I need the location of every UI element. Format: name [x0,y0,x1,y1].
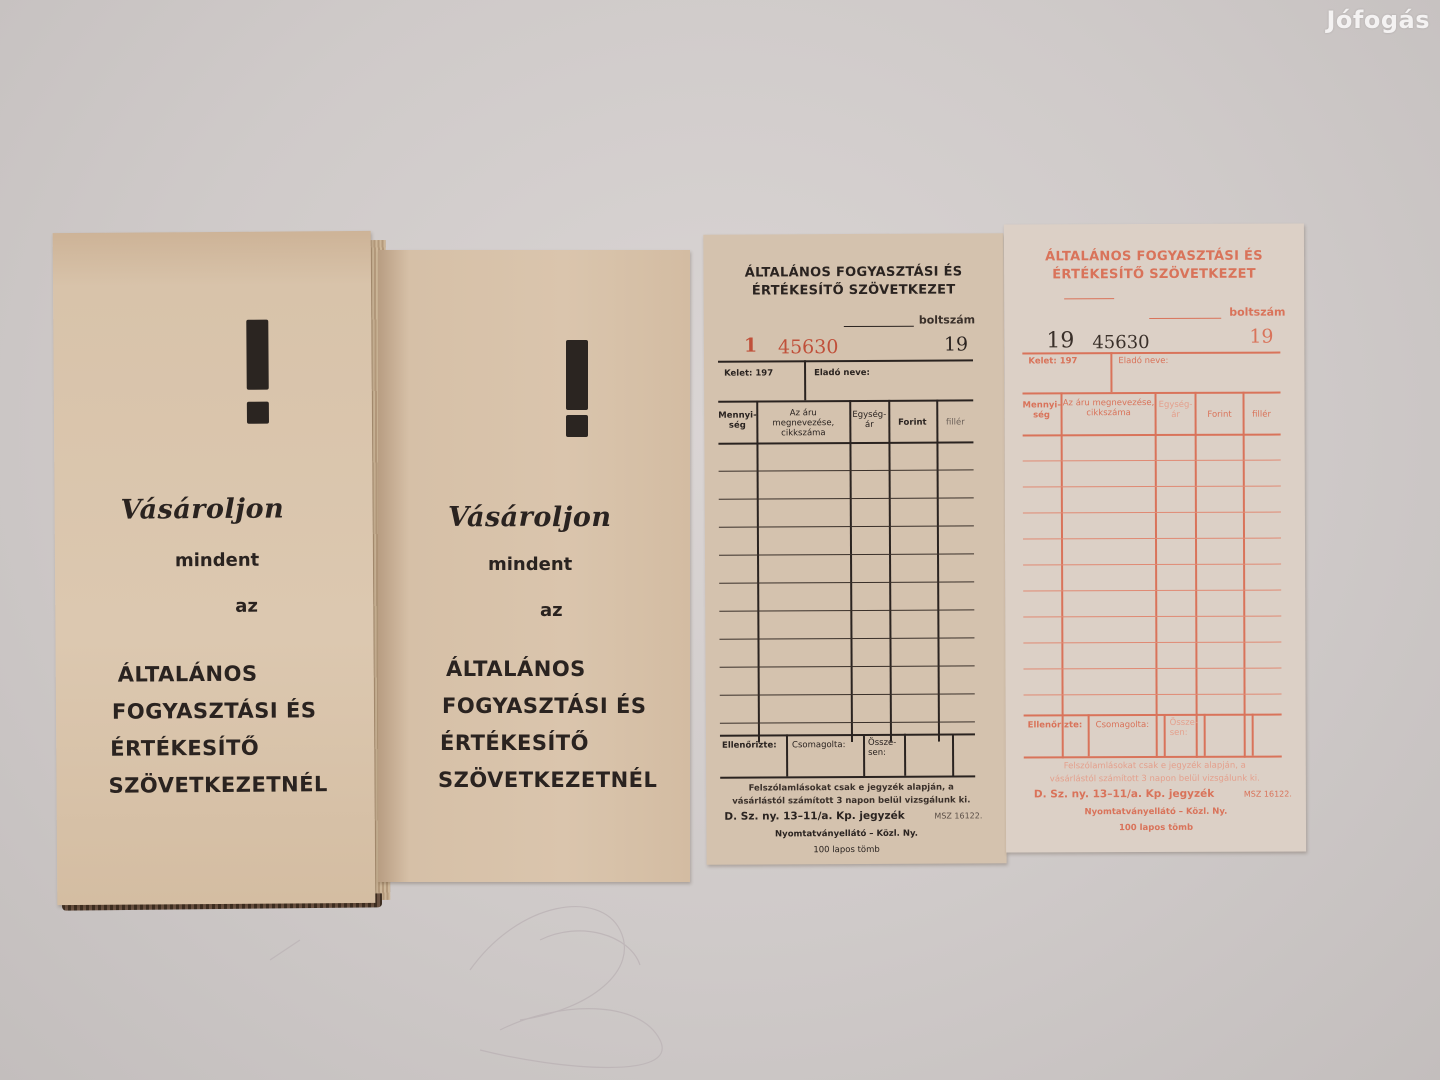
table-row[interactable] [719,581,974,583]
cover-org-line-3: ÉRTÉKESÍTŐ [440,729,589,757]
table-row[interactable] [720,665,975,667]
rule [952,733,954,775]
exclamation-icon [246,320,268,390]
cover-org-line-4: SZÖVETKEZETNÉL [108,770,328,800]
receipt-pad-cover-1: Vásároljon mindent az ÁLTALÁNOS FOGYASZT… [53,231,376,905]
cover-org-line-2: FOGYASZTÁSI ÉS [112,696,317,725]
col-header-filler: fillér [936,417,974,427]
rule [1088,714,1090,756]
pad-size-note: 100 lapos tömb [747,844,947,858]
footer-complaint-line-1: Felszólamlásokat csak e jegyzék alapján,… [1020,760,1290,774]
rule [804,360,806,400]
exclamation-icon [566,340,588,410]
col-header-quantity: Mennyi-ség [718,411,756,431]
form-code: D. Sz. ny. 13–11/a. Kp. jegyzék [724,810,904,823]
rule [1110,352,1112,392]
receipt-form-red: ÁLTALÁNOS FOGYASZTÁSI ÉS ÉRTÉKESÍTŐ SZÖV… [1004,223,1306,852]
rule [936,400,940,742]
footer-complaint-line-2: vásárlástól számított 3 napon belül vizs… [1020,773,1290,787]
total-label: Össze-sen: [868,738,902,758]
rule [1154,392,1157,758]
col-header-item: Az áru megnevezése, cikkszáma [1063,398,1155,418]
rule [756,401,760,743]
rule [1164,714,1166,756]
col-header-filler: fillér [1243,410,1281,420]
date-label: Kelet: 197 [1028,356,1077,366]
receipt-title-line-2: ÉRTÉKESÍTŐ SZÖVETKEZET [704,281,1004,301]
cover-org-line-1: ÁLTALÁNOS [118,660,258,689]
col-header-forint: Forint [888,418,936,428]
shop-number-line [1149,318,1221,319]
cover-slogan-az: az [235,596,258,617]
checked-by-label: Ellenőrizte: [1028,720,1083,730]
exclamation-dot-icon [247,402,269,424]
table-row[interactable] [720,693,975,695]
cover-slogan-mindent: mindent [175,550,259,572]
rule [904,734,906,776]
col-header-unit-price: Egység-ár [1157,400,1195,420]
seller-name-label: Eladó neve: [814,368,870,378]
col-header-unit-price: Egység-ár [850,410,888,430]
rule [849,400,853,742]
rule [863,734,865,776]
cover-org-line-4: SZÖVETKEZETNÉL [438,766,657,794]
rule [1242,392,1245,758]
shop-number-label: boltszám [919,313,975,326]
printer-credit: Nyomtatványellátó – Közl. Ny. [746,828,946,842]
receipt-title-line-2: ÉRTÉKESÍTŐ SZÖVETKEZET [1004,265,1304,284]
receipt-prefix-number: 19 [1046,328,1074,353]
table-row[interactable] [719,609,974,611]
cover-org-line-2: FOGYASZTÁSI ÉS [442,692,646,720]
col-header-quantity: Mennyi-ség [1023,400,1061,420]
rule [1194,392,1197,758]
receipt-serial-number: 45630 [1092,332,1149,353]
packed-by-label: Csomagolta: [792,740,845,750]
receipt-year-prefix: 19 [1249,326,1273,348]
exclamation-dot-icon [566,415,588,437]
rule [1060,392,1063,758]
packed-by-label: Csomagolta: [1096,720,1149,730]
total-label: Össze-sen: [1170,718,1204,738]
col-header-item: Az áru megnevezése, cikkszáma [758,408,848,438]
rule [888,400,892,742]
receipt-form-black: ÁLTALÁNOS FOGYASZTÁSI ÉS ÉRTÉKESÍTŐ SZÖV… [703,233,1006,865]
table-row[interactable] [719,525,974,527]
shop-number-label: boltszám [1229,306,1285,319]
receipt-serial-number: 45630 [778,336,839,358]
cover-slogan-az: az [540,600,563,621]
table-row[interactable] [719,497,974,499]
footer-complaint-line-2: vásárlástól számított 3 napon belül vizs… [716,794,986,808]
cover-org-line-1: ÁLTALÁNOS [446,655,586,683]
rule [1024,756,1282,759]
col-header-forint: Forint [1197,410,1243,420]
short-line [1064,298,1114,299]
rule [720,733,975,736]
cover-slogan-mindent: mindent [488,554,572,575]
rule [720,775,975,778]
rule [786,734,788,776]
table-row[interactable] [719,553,974,555]
receipt-prefix-number: 1 [744,335,757,357]
standard-code: MSZ 16122. [934,811,982,820]
receipt-title-line-1: ÁLTALÁNOS FOGYASZTÁSI ÉS [1004,247,1304,266]
date-label: Kelet: 197 [724,368,773,378]
rule [1204,714,1206,756]
receipt-title-line-1: ÁLTALÁNOS FOGYASZTÁSI ÉS [704,263,1004,283]
rule [1252,714,1254,756]
form-code: D. Sz. ny. 13–11/a. Kp. jegyzék [1034,788,1214,801]
table-row[interactable] [720,721,975,723]
rule [718,359,973,362]
cover-slogan-script: Vásároljon [448,502,612,533]
rule [1022,352,1280,355]
cover-slogan-script: Vásároljon [120,494,284,526]
receipt-pad-cover-2: Vásároljon mindent az ÁLTALÁNOS FOGYASZT… [378,250,690,882]
receipt-year-prefix: 19 [944,333,968,355]
shop-number-line [844,326,914,327]
cover-org-line-3: ÉRTÉKESÍTŐ [110,734,259,763]
checked-by-label: Ellenőrizte: [722,740,777,750]
printer-credit: Nyomtatványellátó – Közl. Ny. [1056,806,1256,820]
table-row[interactable] [719,469,974,471]
standard-code: MSZ 16122. [1244,790,1292,799]
seller-name-label: Eladó neve: [1118,356,1168,366]
table-row[interactable] [719,637,974,639]
jofogas-watermark: Jófogás [1326,6,1430,34]
pad-size-note: 100 lapos tömb [1056,822,1256,836]
